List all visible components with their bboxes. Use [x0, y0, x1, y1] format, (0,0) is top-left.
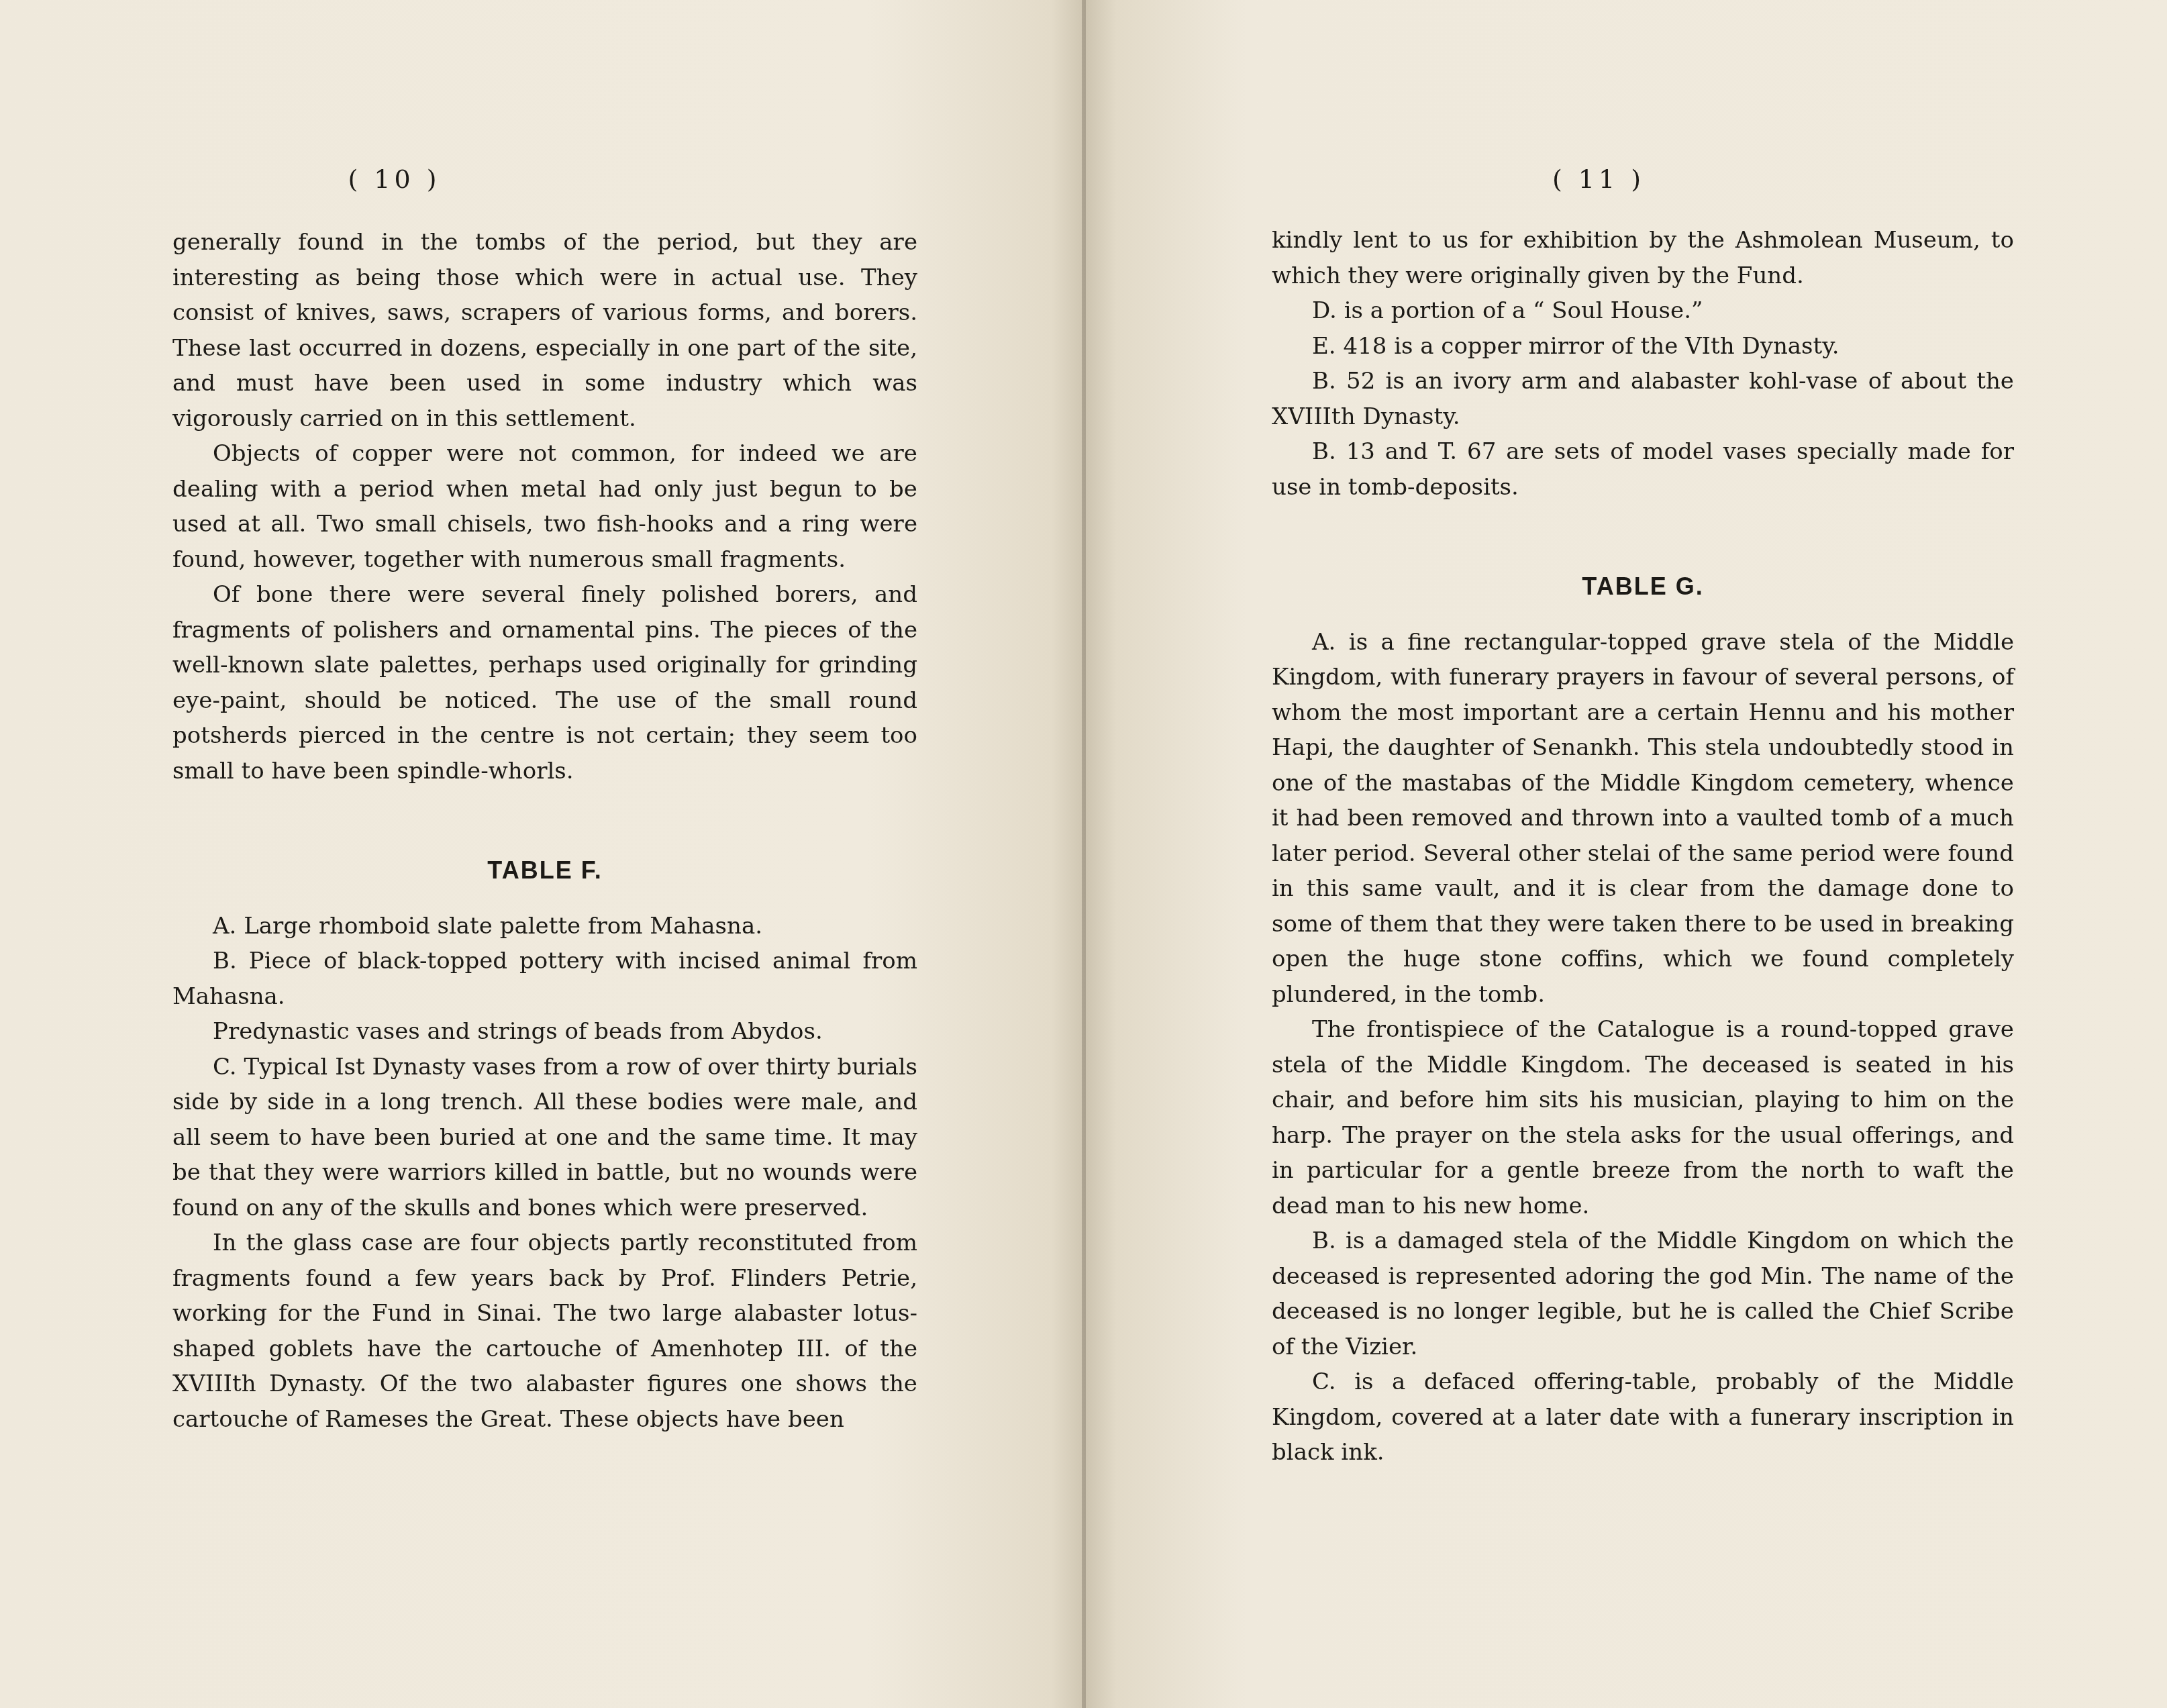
catalogue-entry: A. is a fine rectangular-topped grave st… — [1272, 625, 2014, 1013]
right-page: ( 11 ) kindly lent to us for exhibition … — [1084, 0, 2167, 1708]
catalogue-entry: E. 418 is a copper mirror of the VIth Dy… — [1272, 329, 2014, 364]
paragraph: generally found in the tombs of the peri… — [172, 225, 917, 436]
paragraph: Of bone there were several finely polish… — [172, 577, 917, 789]
catalogue-entry: A. Large rhomboid slate palette from Mah… — [172, 909, 917, 944]
section-heading: TABLE G. — [1272, 569, 2014, 605]
catalogue-entry: C. is a defaced offering-table, probably… — [1272, 1364, 2014, 1470]
catalogue-entry: B. 52 is an ivory arm and alabaster kohl… — [1272, 364, 2014, 434]
catalogue-entry: C. Typical Ist Dynasty vases from a row … — [172, 1050, 917, 1226]
catalogue-entry: B. is a damaged stela of the Middle King… — [1272, 1223, 2014, 1364]
page-number: ( 11 ) — [1057, 164, 2140, 194]
catalogue-entry: B. Piece of black-topped pottery with in… — [172, 944, 917, 1014]
book-spread: ( 10 ) generally found in the tombs of t… — [0, 0, 2167, 1708]
paragraph: Objects of copper were not common, for i… — [172, 436, 917, 577]
book-gutter — [1082, 0, 1086, 1708]
catalogue-entry: In the glass case are four objects partl… — [172, 1225, 917, 1437]
left-page: ( 10 ) generally found in the tombs of t… — [0, 0, 1084, 1708]
catalogue-entry: D. is a portion of a “ Soul House.” — [1272, 293, 2014, 329]
page-number: ( 10 ) — [0, 164, 936, 194]
paragraph: kindly lent to us for exhibition by the … — [1272, 223, 2014, 293]
catalogue-entry: Predynastic vases and strings of beads f… — [172, 1014, 917, 1050]
catalogue-entry: The frontispiece of the Catalogue is a r… — [1272, 1012, 2014, 1223]
catalogue-entry: B. 13 and T. 67 are sets of model vases … — [1272, 434, 2014, 505]
page-body: generally found in the tombs of the peri… — [172, 225, 917, 1437]
section-heading: TABLE F. — [172, 853, 917, 889]
page-body: kindly lent to us for exhibition by the … — [1272, 223, 2014, 1470]
